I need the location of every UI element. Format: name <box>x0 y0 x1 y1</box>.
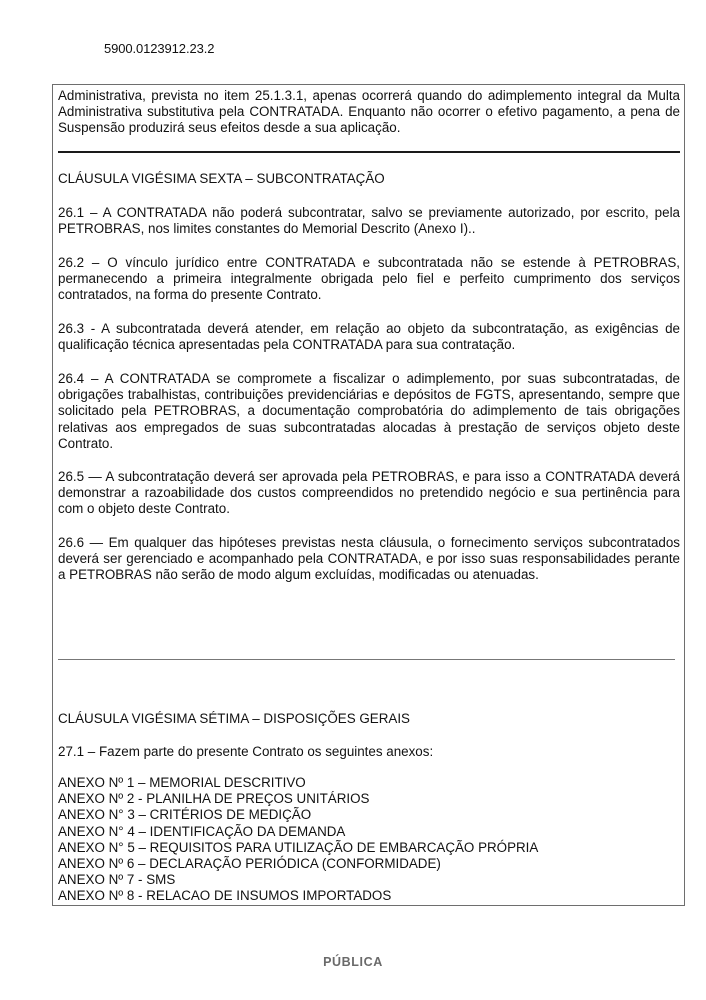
clause-27-1: 27.1 – Fazem parte do presente Contrato … <box>58 744 433 760</box>
clause-26-3: 26.3 - A subcontratada deverá atender, e… <box>58 321 680 353</box>
annex-item: ANEXO Nº 8 - RELACAO DE INSUMOS IMPORTAD… <box>58 888 538 904</box>
annex-item: ANEXO N° 5 – REQUISITOS PARA UTILIZAÇÃO … <box>58 840 538 856</box>
clause-26-2: 26.2 – O vínculo jurídico entre CONTRATA… <box>58 255 680 304</box>
classification-label: PÚBLICA <box>0 955 706 969</box>
annex-list: ANEXO Nº 1 – MEMORIAL DESCRITIVO ANEXO N… <box>58 775 538 905</box>
section-divider-thick <box>58 151 680 153</box>
clause-26-5: 26.5 — A subcontratação deverá ser aprov… <box>58 469 680 518</box>
clause-26-1: 26.1 – A CONTRATADA não poderá subcontra… <box>58 205 680 237</box>
document-number: 5900.0123912.23.2 <box>104 41 214 56</box>
annex-item: ANEXO N° 3 – CRITÉRIOS DE MEDIÇÃO <box>58 807 538 823</box>
intro-paragraph: Administrativa, prevista no item 25.1.3.… <box>58 88 680 137</box>
section-divider-thin <box>58 659 675 660</box>
contract-content-box: Administrativa, prevista no item 25.1.3.… <box>52 84 685 906</box>
annex-item: ANEXO Nº 2 - PLANILHA DE PREÇOS UNITÁRIO… <box>58 791 538 807</box>
clause-27-title: CLÁUSULA VIGÉSIMA SÉTIMA – DISPOSIÇÕES G… <box>58 711 410 727</box>
annex-item: ANEXO Nº 7 - SMS <box>58 872 538 888</box>
clause-26-title: CLÁUSULA VIGÉSIMA SEXTA – SUBCONTRATAÇÃO <box>58 171 385 187</box>
annex-item: ANEXO N° 4 – IDENTIFICAÇÃO DA DEMANDA <box>58 824 538 840</box>
clause-26-6: 26.6 — Em qualquer das hipóteses previst… <box>58 535 680 584</box>
annex-item: ANEXO Nº 6 – DECLARAÇÃO PERIÓDICA (CONFO… <box>58 856 538 872</box>
clause-26-4: 26.4 – A CONTRATADA se compromete a fisc… <box>58 371 680 452</box>
annex-item: ANEXO Nº 1 – MEMORIAL DESCRITIVO <box>58 775 538 791</box>
